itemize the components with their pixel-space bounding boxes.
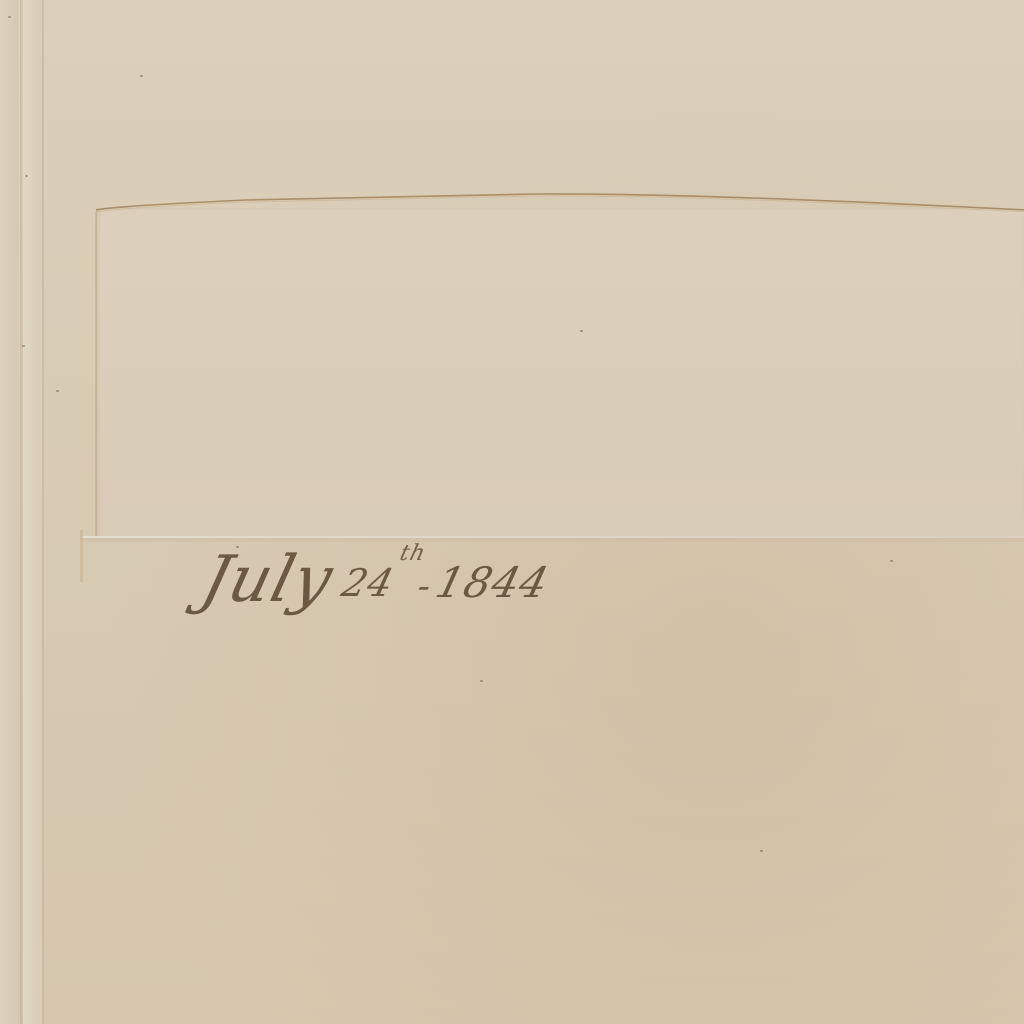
handwritten-date: July 24 th - 1844: [176, 540, 563, 650]
inscription-month: July: [194, 540, 341, 620]
spine-gutter: [0, 0, 18, 1024]
inscription-day: 24: [337, 558, 400, 608]
paper-speck: [140, 75, 143, 77]
paper-speck: [580, 330, 583, 332]
paper-speck: [236, 546, 239, 548]
paper-speck: [890, 560, 893, 562]
pocket-left-edge: [95, 212, 97, 537]
spine-margin: [23, 0, 43, 1024]
spine-crease-line-inner: [42, 0, 44, 1024]
pocket-lower-notch: [80, 530, 83, 582]
paper-pocket-panel: [96, 208, 1024, 538]
paper-speck: [56, 390, 59, 392]
paper-speck: [8, 16, 11, 18]
inscription-year: 1844: [430, 556, 554, 610]
paper-speck: [480, 680, 483, 682]
paper-speck: [760, 850, 763, 852]
paper-speck: [22, 345, 25, 347]
paper-page: July 24 th - 1844: [0, 0, 1024, 1024]
paper-speck: [25, 175, 28, 177]
